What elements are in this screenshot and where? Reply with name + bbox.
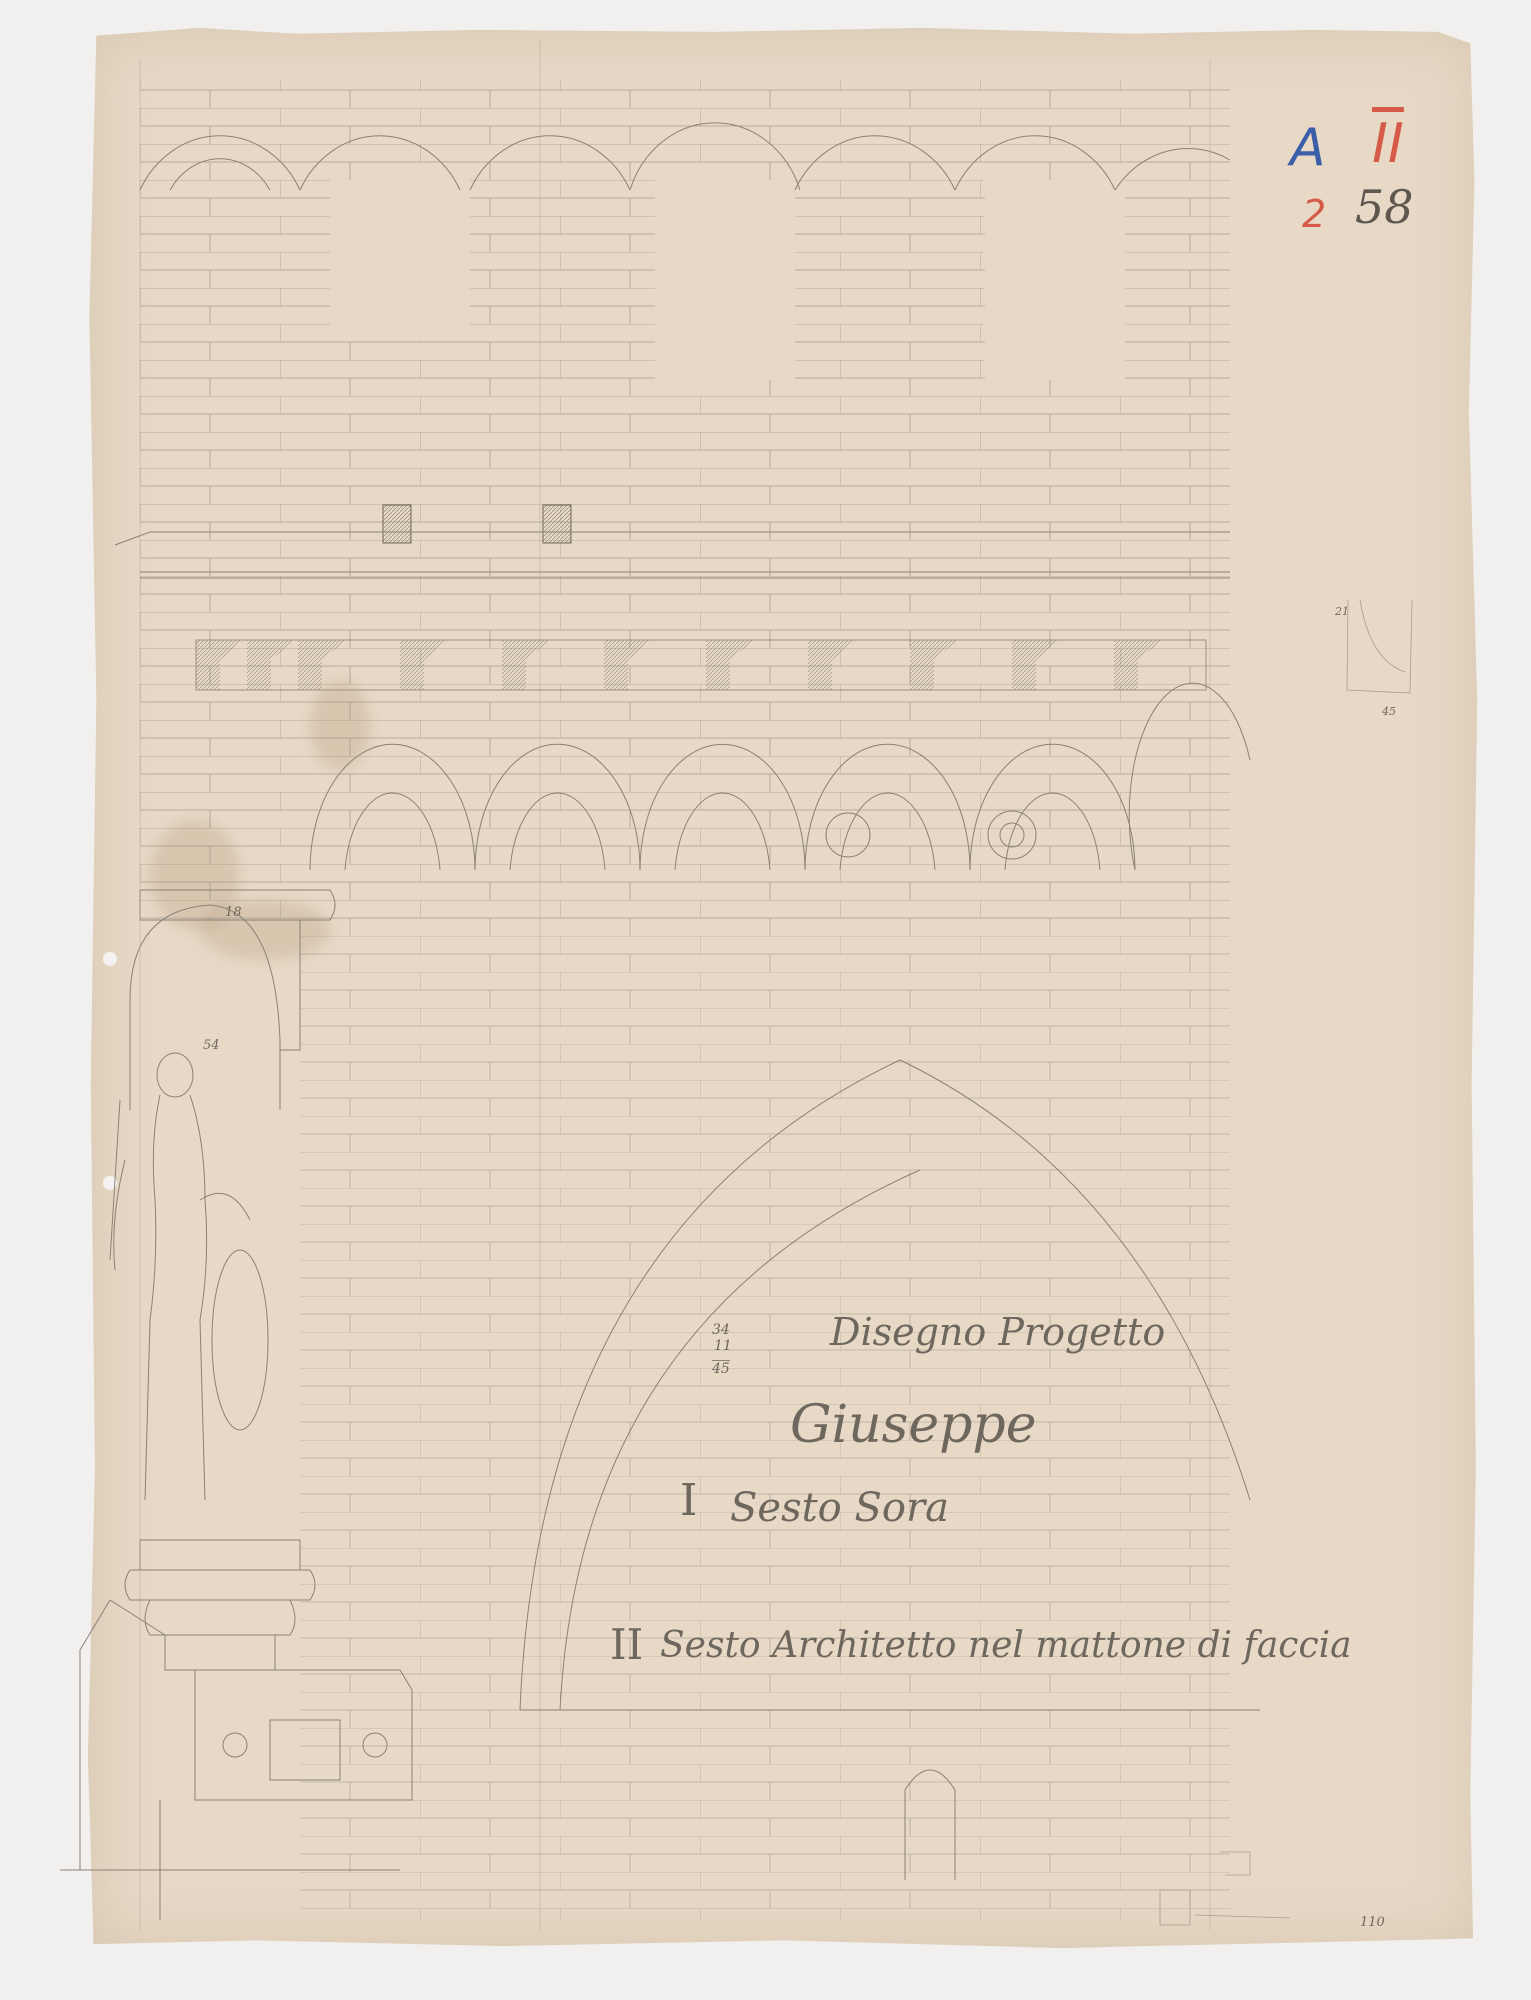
inscription-line-4: Sesto Architetto nel mattone di faccia	[660, 1625, 1352, 1666]
catalog-number: 58	[1355, 180, 1414, 234]
inscription-line-1: Disegno Progetto	[830, 1310, 1165, 1354]
measure-fraction-bottom: 45	[712, 1360, 730, 1377]
statue-figure	[110, 1053, 268, 1500]
measure-fraction-mid: 11	[714, 1338, 732, 1354]
inscription-numeral-2: II	[610, 1620, 643, 1669]
measure-fraction-top: 34	[712, 1322, 730, 1338]
inscription-numeral-1: I	[680, 1475, 697, 1526]
measure-side-top: 21	[1335, 605, 1349, 618]
catalog-letter: A	[1290, 118, 1326, 178]
measure-niche-top: 18	[225, 905, 242, 920]
measure-bottom-right: 110	[1360, 1915, 1385, 1930]
inscription-line-3: Sesto Sora	[730, 1485, 949, 1531]
measure-niche-width: 54	[203, 1038, 220, 1053]
inscription-signature: Giuseppe	[790, 1395, 1036, 1455]
catalog-mark: 2	[1302, 192, 1326, 236]
facade-drawing	[0, 0, 1531, 2000]
measure-side-bottom: 45	[1382, 705, 1396, 718]
catalog-numeral: II	[1372, 112, 1404, 175]
